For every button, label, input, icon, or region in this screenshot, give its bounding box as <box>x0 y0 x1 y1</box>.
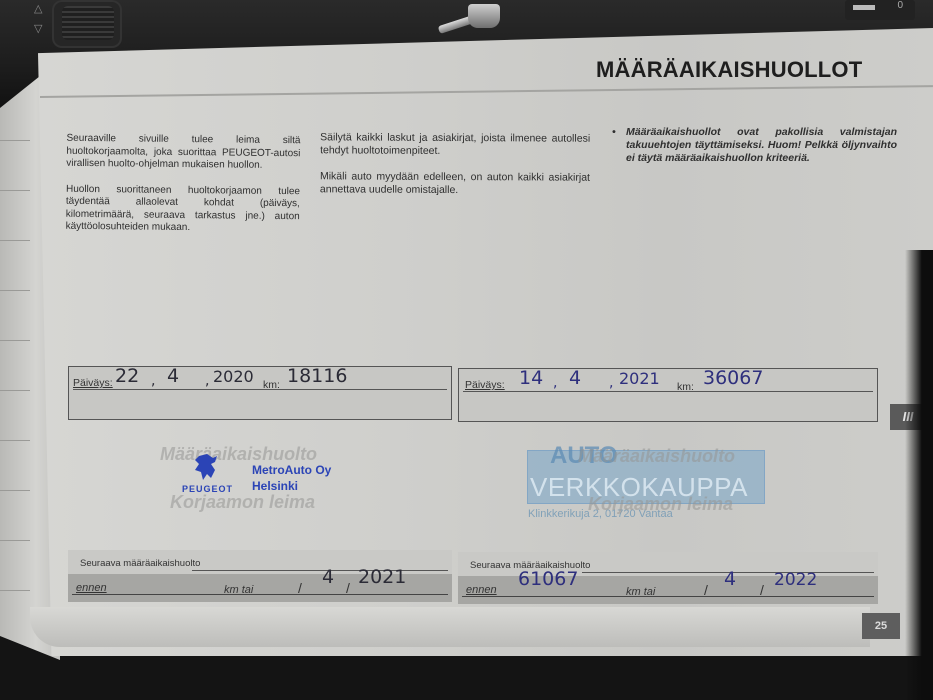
km-value: 18116 <box>287 365 347 387</box>
date-separator: , <box>151 373 155 389</box>
stamp-line-2: Helsinki <box>252 478 331 494</box>
next-service-box: Seuraava määräaikaishuolto ennen km tai … <box>68 550 452 606</box>
next-km: 61067 <box>518 568 578 590</box>
next-year: 2022 <box>774 570 817 590</box>
service-record-1: Päiväys: 22 , 4 , 2020 km: 18116 Määräai… <box>68 366 452 608</box>
stamp-workshop: MetroAuto Oy Helsinki <box>252 462 331 494</box>
before-label: ennen <box>76 582 107 594</box>
stamp-line-1: MetroAuto Oy <box>252 462 331 478</box>
intro-column: Seuraaville sivuille tulee leima siltä h… <box>65 133 300 249</box>
date-month: 4 <box>167 365 179 387</box>
next-month: 4 <box>724 568 736 590</box>
peugeot-brand: PEUGEOT <box>182 484 233 494</box>
records-column: Säilytä kaikki laskut ja asiakirjat, joi… <box>320 131 590 210</box>
date-year: 2021 <box>619 369 660 388</box>
next-service-label: Seuraava määräaikaishuolto <box>80 558 200 569</box>
stamp-subtitle: Korjaamon leima <box>170 492 315 513</box>
arrow-down-icon: ▽ <box>34 22 42 35</box>
service-record-2: Päiväys: 14 , 4 , 2021 km: 36067 AUTO VE… <box>458 368 878 608</box>
bullet-icon: • <box>612 126 616 139</box>
date-field-box: Päiväys: 22 , 4 , 2020 km: 18116 <box>68 366 452 420</box>
date-label: Päiväys: <box>465 379 505 391</box>
date-label: Päiväys: <box>73 377 113 389</box>
page-title: MÄÄRÄAIKAISHUOLLOT <box>596 57 862 83</box>
date-field-box: Päiväys: 14 , 4 , 2021 km: 36067 <box>458 368 878 422</box>
km-value: 36067 <box>703 367 763 389</box>
stamp-title: Määräaikaishuolto <box>578 446 735 467</box>
intro-paragraph-2: Huollon suorittaneen huoltokorjaamon tul… <box>66 183 301 235</box>
date-day: 22 <box>115 365 139 387</box>
stamp-subtitle: Korjaamon leima <box>588 494 733 515</box>
records-paragraph-2: Mikäli auto myydään edelleen, on auton k… <box>320 170 590 197</box>
warning-text: Määräaikaishuollot ovat pakollisia valmi… <box>626 126 897 165</box>
latch-icon <box>438 4 528 30</box>
intro-paragraph-1: Seuraaville sivuille tulee leima siltä h… <box>66 133 300 173</box>
page-curl <box>30 607 870 647</box>
date-month: 4 <box>569 367 581 389</box>
workshop-stamp: Määräaikaishuolto Korjaamon leima <box>458 424 878 550</box>
date-year: 2020 <box>213 367 254 386</box>
next-month: 4 <box>322 566 334 588</box>
dashboard-switch: 0 <box>845 0 915 20</box>
before-label: ennen <box>466 584 497 596</box>
date-separator: , <box>553 375 557 391</box>
date-day: 14 <box>519 367 543 389</box>
page-shadow <box>905 250 933 700</box>
arrow-up-icon: △ <box>34 2 42 15</box>
peugeot-lion-icon <box>193 452 221 482</box>
next-service-box: Seuraava määräaikaishuolto ennen 61067 k… <box>458 552 878 608</box>
warning-column: • Määräaikaishuollot ovat pakollisia val… <box>612 126 897 178</box>
records-paragraph-1: Säilytä kaikki laskut ja asiakirjat, joi… <box>320 131 590 158</box>
date-separator: , <box>205 373 209 389</box>
knob-ridges <box>62 6 114 40</box>
next-year: 2021 <box>358 566 406 588</box>
date-separator: , <box>609 375 613 391</box>
page-number: 25 <box>862 613 900 639</box>
